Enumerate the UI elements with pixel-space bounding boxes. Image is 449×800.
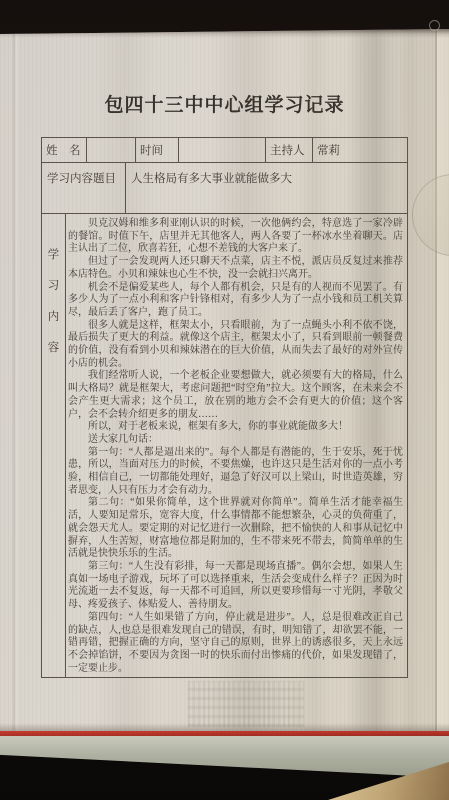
topic-label: 学习内容题目 xyxy=(42,163,126,213)
content-paragraph: 第四句：“人生如果错了方向，停止就是进步”。人，总是很难改正自己的缺点，人,也总… xyxy=(68,612,403,676)
folder-thumb-notch xyxy=(412,174,449,256)
content-paragraph: 我们经常听人说，一个老板企业要想做大，就必须要有大的格局，什么叫大格局？就是框架… xyxy=(68,370,403,421)
topic-value: 人生格局有多大事业就能做多大 xyxy=(126,163,407,213)
toner-smudge xyxy=(188,681,304,727)
record-form-table: 姓 名 时间 主持人 常莉 学习内容题目 人生格局有多大事业就能做多大 学习内容… xyxy=(41,137,408,678)
host-value: 常莉 xyxy=(313,138,407,162)
content-label-char: 习 xyxy=(48,277,60,293)
paper-top-edge-shadow xyxy=(0,29,449,38)
content-paragraph: 贝克汉姆和维多利亚刚认识的时候，一次他俩约会，特意选了一家冷辟的餐馆。时值下午，… xyxy=(68,218,403,256)
document-title: 包四十三中中心组学习记录 xyxy=(0,90,449,117)
paper-sheet: 包四十三中中心组学习记录 姓 名 时间 主持人 常莉 学习内容题目 人生格局有多… xyxy=(0,29,449,731)
content-paragraph: 所以，对于老板来说，框架有多大，你的事业就能做多大！ xyxy=(68,421,403,434)
content-text: 贝克汉姆和维多利亚刚认识的时候，一次他俩约会，特意选了一家冷辟的餐馆。时值下午，… xyxy=(66,214,407,677)
header-row: 姓 名 时间 主持人 常莉 xyxy=(42,138,407,163)
content-paragraph: 送大家几句话： xyxy=(68,434,403,447)
host-label: 主持人 xyxy=(266,138,313,162)
content-paragraph: 第二句：“如果你简单，这个世界就对你简单”。简单生活才能幸福生活，人要知足常乐，… xyxy=(68,497,403,561)
topic-row: 学习内容题目 人生格局有多大事业就能做多大 xyxy=(42,163,407,214)
table-edge xyxy=(0,736,449,779)
content-paragraph: 很多人就是这样，框架太小，只看眼前，为了一点蝇头小利不依不饶，最后损失了更大的利… xyxy=(68,320,403,371)
content-paragraph: 但过了一会发现两人还只聊天不点菜，店主不悦，派店员反复过来推荐本店特色。小贝和辣… xyxy=(68,256,403,281)
content-row: 学习内容 贝克汉姆和维多利亚刚认识的时候，一次他俩约会，特意选了一家冷辟的餐馆。… xyxy=(42,214,407,677)
paper-crease xyxy=(12,29,18,731)
underlying-sheet-edge xyxy=(437,29,449,731)
name-label: 姓 名 xyxy=(42,138,87,162)
content-paragraph: 第三句：“人生没有彩排，每一天都是现场直播”。偶尔会想，如果人生真如一场电子游戏… xyxy=(68,561,403,612)
time-label: 时间 xyxy=(136,138,179,162)
content-label-char: 学 xyxy=(48,246,60,262)
content-label-char: 容 xyxy=(48,339,60,355)
name-value xyxy=(87,138,136,162)
content-paragraph: 机会不是偏爱某些人，每个人都有机会，只是有的人视而不见罢了。有多少人为了一点小利… xyxy=(68,282,403,320)
photographed-study-record: 包四十三中中心组学习记录 姓 名 时间 主持人 常莉 学习内容题目 人生格局有多… xyxy=(0,0,449,800)
binder-ring-icon xyxy=(429,20,440,31)
content-label-vertical: 学习内容 xyxy=(42,214,66,677)
content-label-char: 内 xyxy=(48,308,60,324)
time-value xyxy=(179,138,266,162)
content-paragraph: 第一句：“人都是逼出来的”。每个人都是有潜能的，生于安乐，死于忧患，所以，当面对… xyxy=(68,447,403,498)
